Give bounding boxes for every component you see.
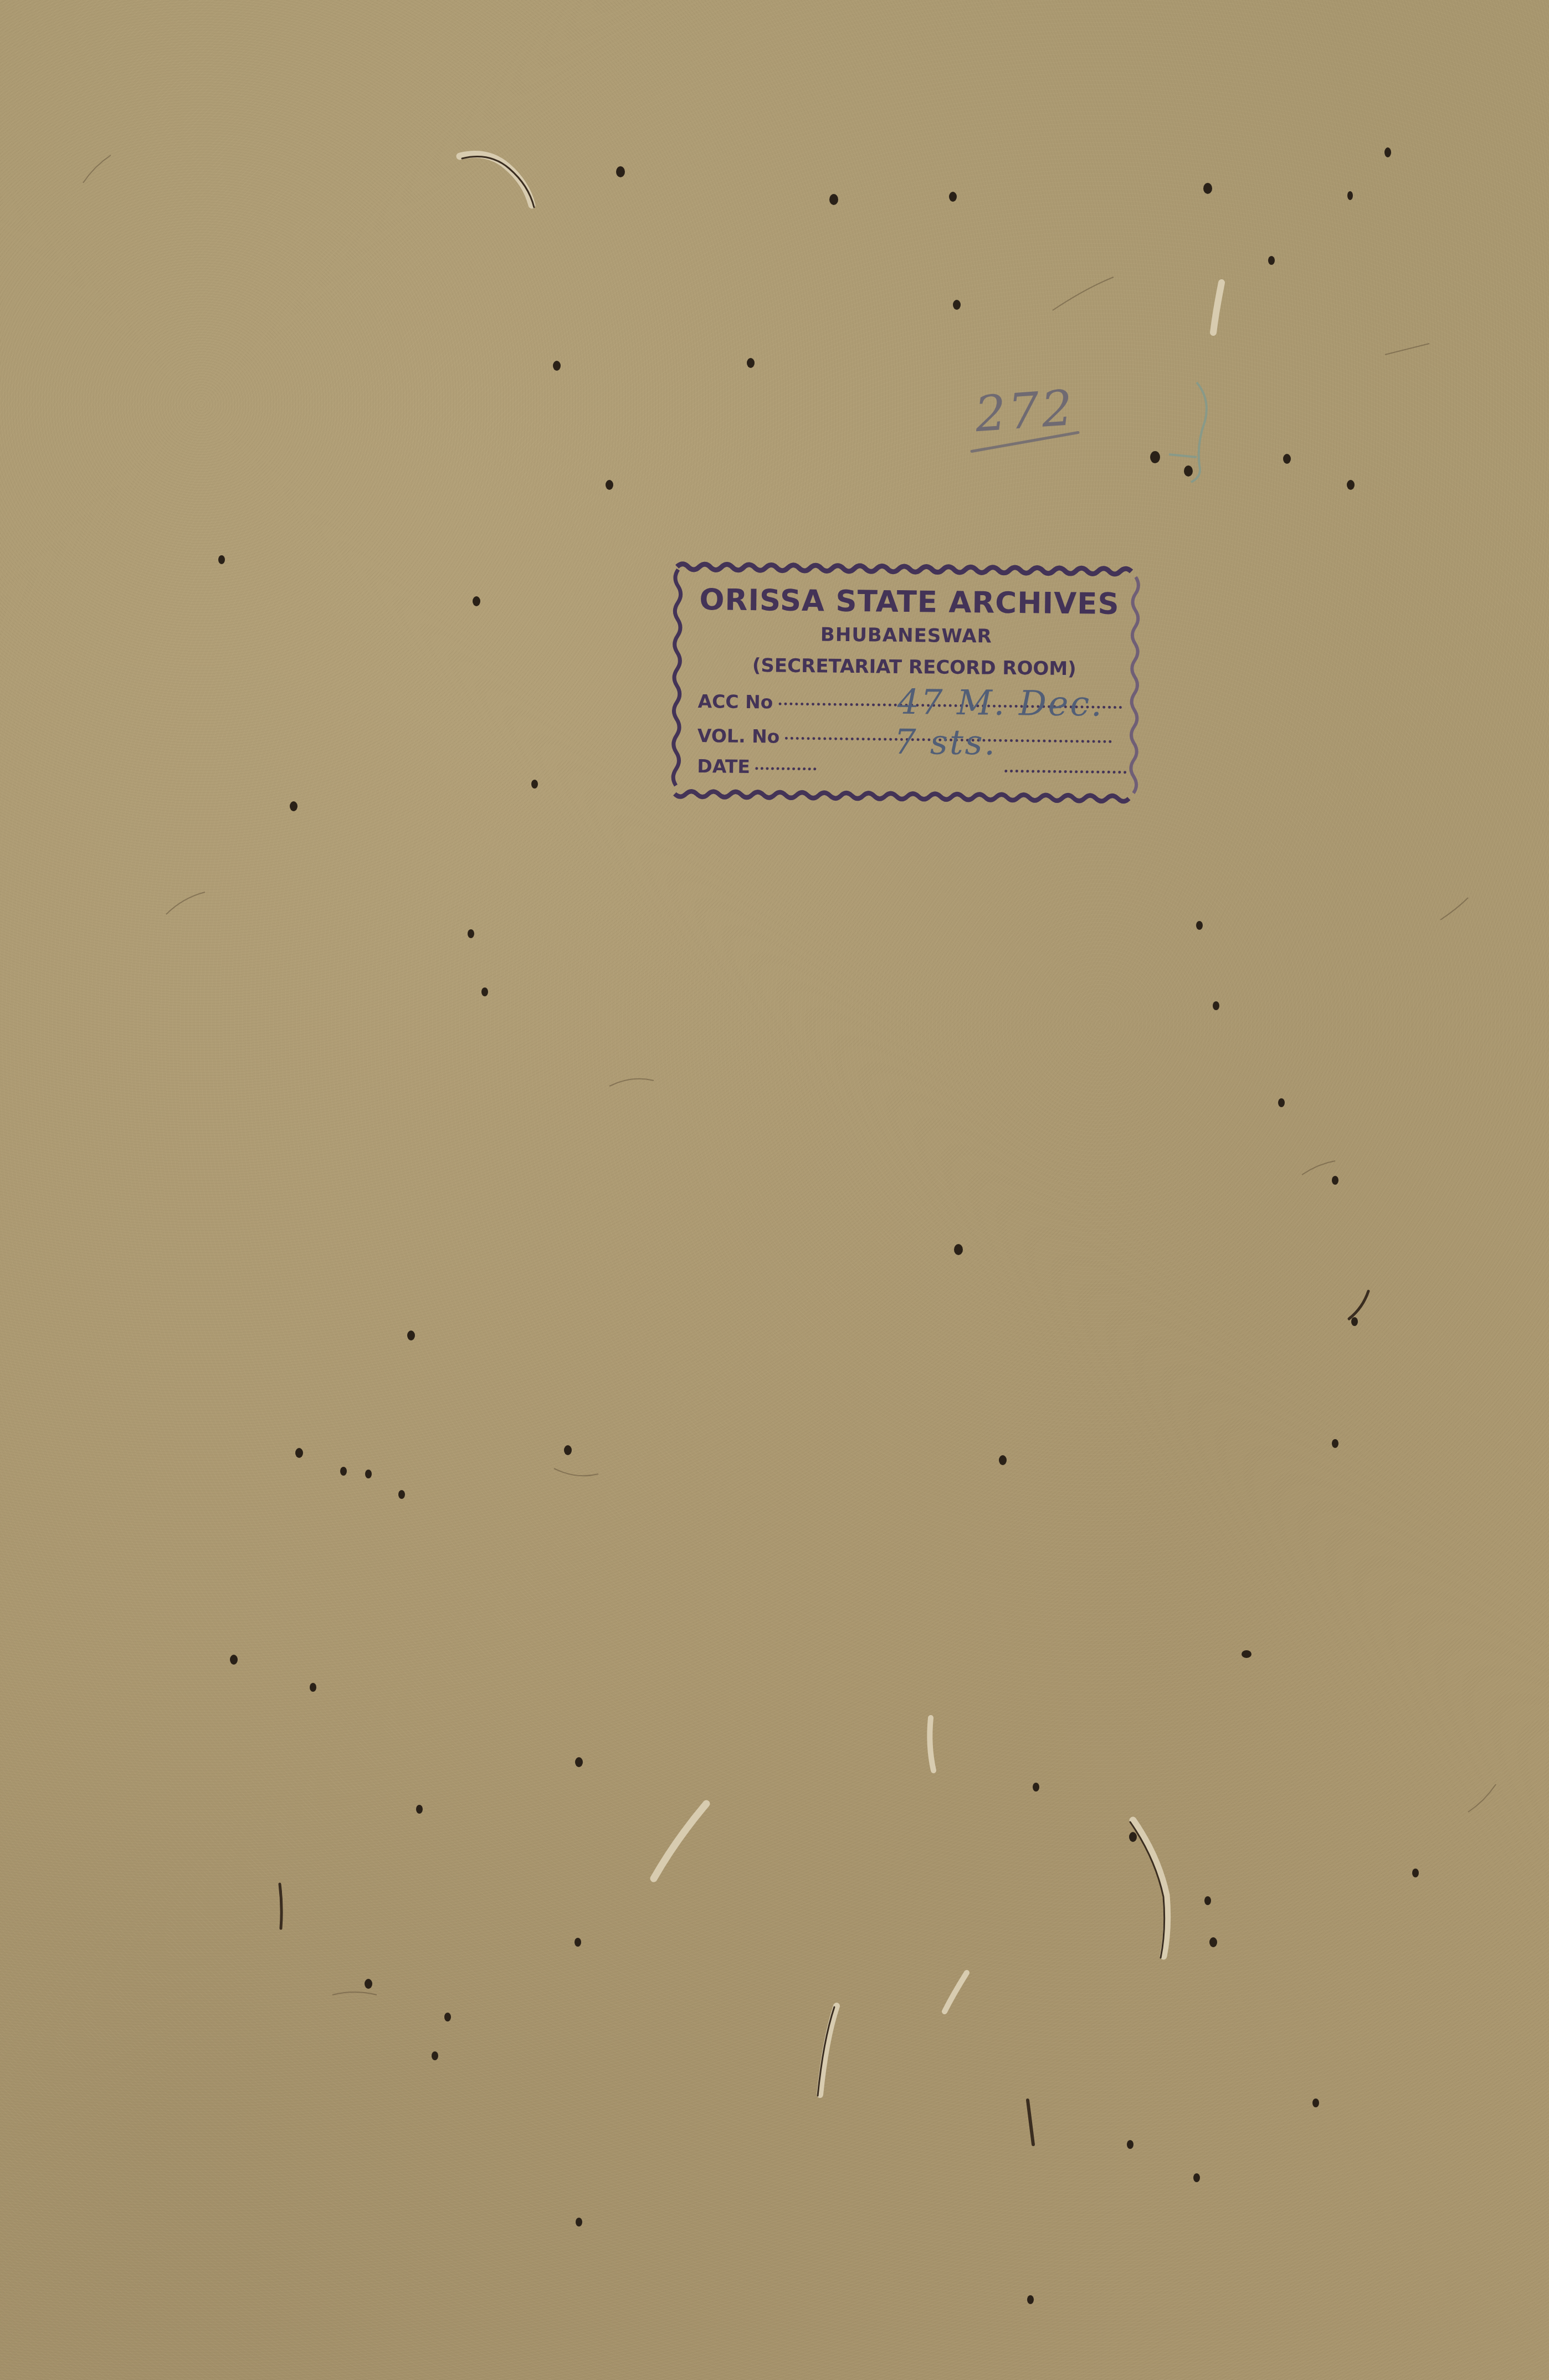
archive-stamp: ORISSA STATE ARCHIVES BHUBANESWAR (SECRE… <box>669 559 1143 807</box>
document-cover: 272 ORISSA STATE ARCHIVES BHUBANESWAR (S… <box>0 0 1549 2380</box>
wormholes <box>218 147 1419 2304</box>
field-dotted-line <box>1005 770 1127 774</box>
field-label: ACC No <box>697 690 773 713</box>
folio-number: 272 <box>973 379 1077 443</box>
stamp-field-date: DATE <box>697 755 1127 781</box>
stamp-title: ORISSA STATE ARCHIVES <box>693 585 1126 619</box>
stamp-department: (SECRETARIAT RECORD ROOM) <box>698 654 1130 680</box>
field-label: VOL. No <box>697 725 780 748</box>
paper-fibers <box>83 155 1496 1995</box>
handwritten-vol-no: 7 sts. <box>894 721 997 763</box>
field-dotted-line <box>756 767 817 770</box>
handwritten-acc-no: 47 M. Dec. <box>897 682 1104 724</box>
worm-tracks <box>280 155 1368 2144</box>
paper-damage-marks <box>0 0 1549 2380</box>
field-label: DATE <box>697 755 750 777</box>
